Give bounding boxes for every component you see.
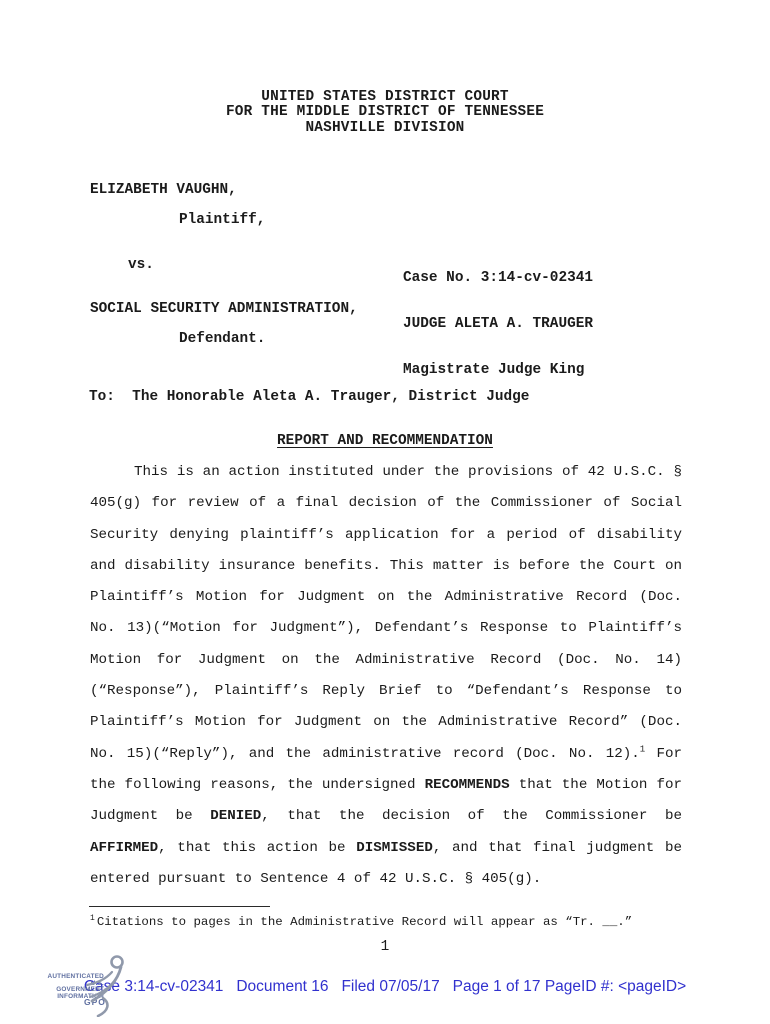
footnote-text: Citations to pages in the Administrative… bbox=[97, 915, 632, 929]
plaintiff-name: ELIZABETH VAUGHN, bbox=[90, 182, 237, 198]
magistrate-judge-name: Magistrate Judge King bbox=[403, 363, 593, 378]
footnote: 1Citations to pages in the Administrativ… bbox=[90, 915, 632, 929]
court-header-line-1: UNITED STATES DISTRICT COURT bbox=[0, 90, 770, 105]
court-header: UNITED STATES DISTRICT COURT FOR THE MID… bbox=[0, 90, 770, 136]
court-header-line-3: NASHVILLE DIVISION bbox=[0, 121, 770, 136]
gpo-eagle-icon bbox=[82, 953, 130, 1022]
report-title: REPORT AND RECOMMENDATION bbox=[0, 433, 770, 449]
body-paragraph: This is an action instituted under the p… bbox=[90, 457, 682, 895]
defendant-role-label: Defendant. bbox=[179, 331, 265, 347]
addressee-line: To: The Honorable Aleta A. Trauger, Dist… bbox=[89, 389, 529, 405]
footnote-divider bbox=[89, 906, 270, 907]
footnote-marker: 1 bbox=[90, 914, 95, 923]
versus-label: vs. bbox=[128, 257, 154, 273]
case-filing-stamp: Case 3:14-cv-02341 Document 16 Filed 07/… bbox=[84, 978, 686, 996]
judge-name: JUDGE ALETA A. TRAUGER bbox=[403, 317, 593, 332]
court-header-line-2: FOR THE MIDDLE DISTRICT OF TENNESSEE bbox=[0, 105, 770, 120]
plaintiff-role-label: Plaintiff, bbox=[179, 212, 265, 228]
document-page: UNITED STATES DISTRICT COURT FOR THE MID… bbox=[0, 0, 770, 1024]
case-info-block: Case No. 3:14-cv-02341 JUDGE ALETA A. TR… bbox=[403, 240, 593, 409]
case-number: Case No. 3:14-cv-02341 bbox=[403, 271, 593, 286]
defendant-name: SOCIAL SECURITY ADMINISTRATION, bbox=[90, 301, 358, 317]
